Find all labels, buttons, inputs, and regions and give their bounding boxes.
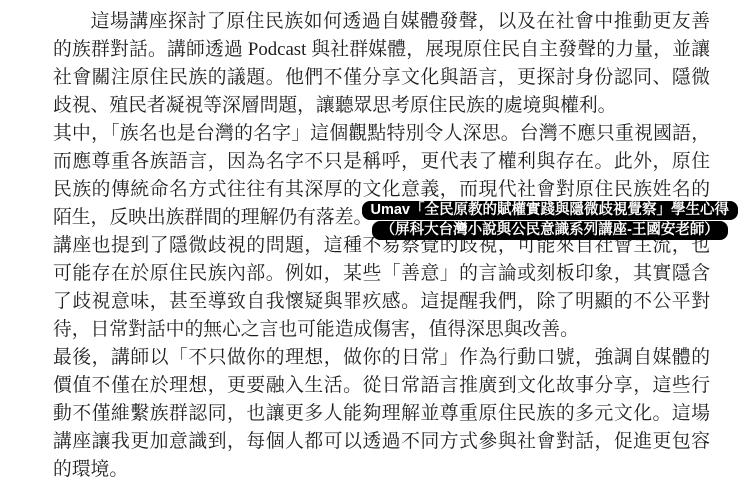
document-text-block: 這場講座探討了原住民族如何透過自媒體發聲，以及在社會中推動更友善的族群對話。講師…: [53, 8, 710, 484]
document-page: 這場講座探討了原住民族如何透過自媒體發聲，以及在社會中推動更友善的族群對話。講師…: [0, 0, 740, 501]
caption-line-1: Umav「全民原教的賦權實踐與隱微歧視覺察」學生心得: [362, 201, 739, 220]
paragraph-1: 這場講座探討了原住民族如何透過自媒體發聲，以及在社會中推動更友善的族群對話。講師…: [53, 8, 710, 120]
caption-overlay: Umav「全民原教的賦權實踐與隱微歧視覺察」學生心得 （屏科大台灣小說與公民意識…: [362, 201, 739, 240]
paragraph-3: 講座也提到了隱微歧視的問題，這種不易察覺的歧視，可能來自社會主流，也可能存在於原…: [53, 232, 710, 344]
paragraph-4: 最後，講師以「不只做你的理想，做你的日常」作為行動口號，強調自媒體的價值不僅在於…: [53, 344, 710, 484]
caption-line-2: （屏科大台灣小說與公民意識系列講座-王國安老師）: [372, 221, 728, 240]
